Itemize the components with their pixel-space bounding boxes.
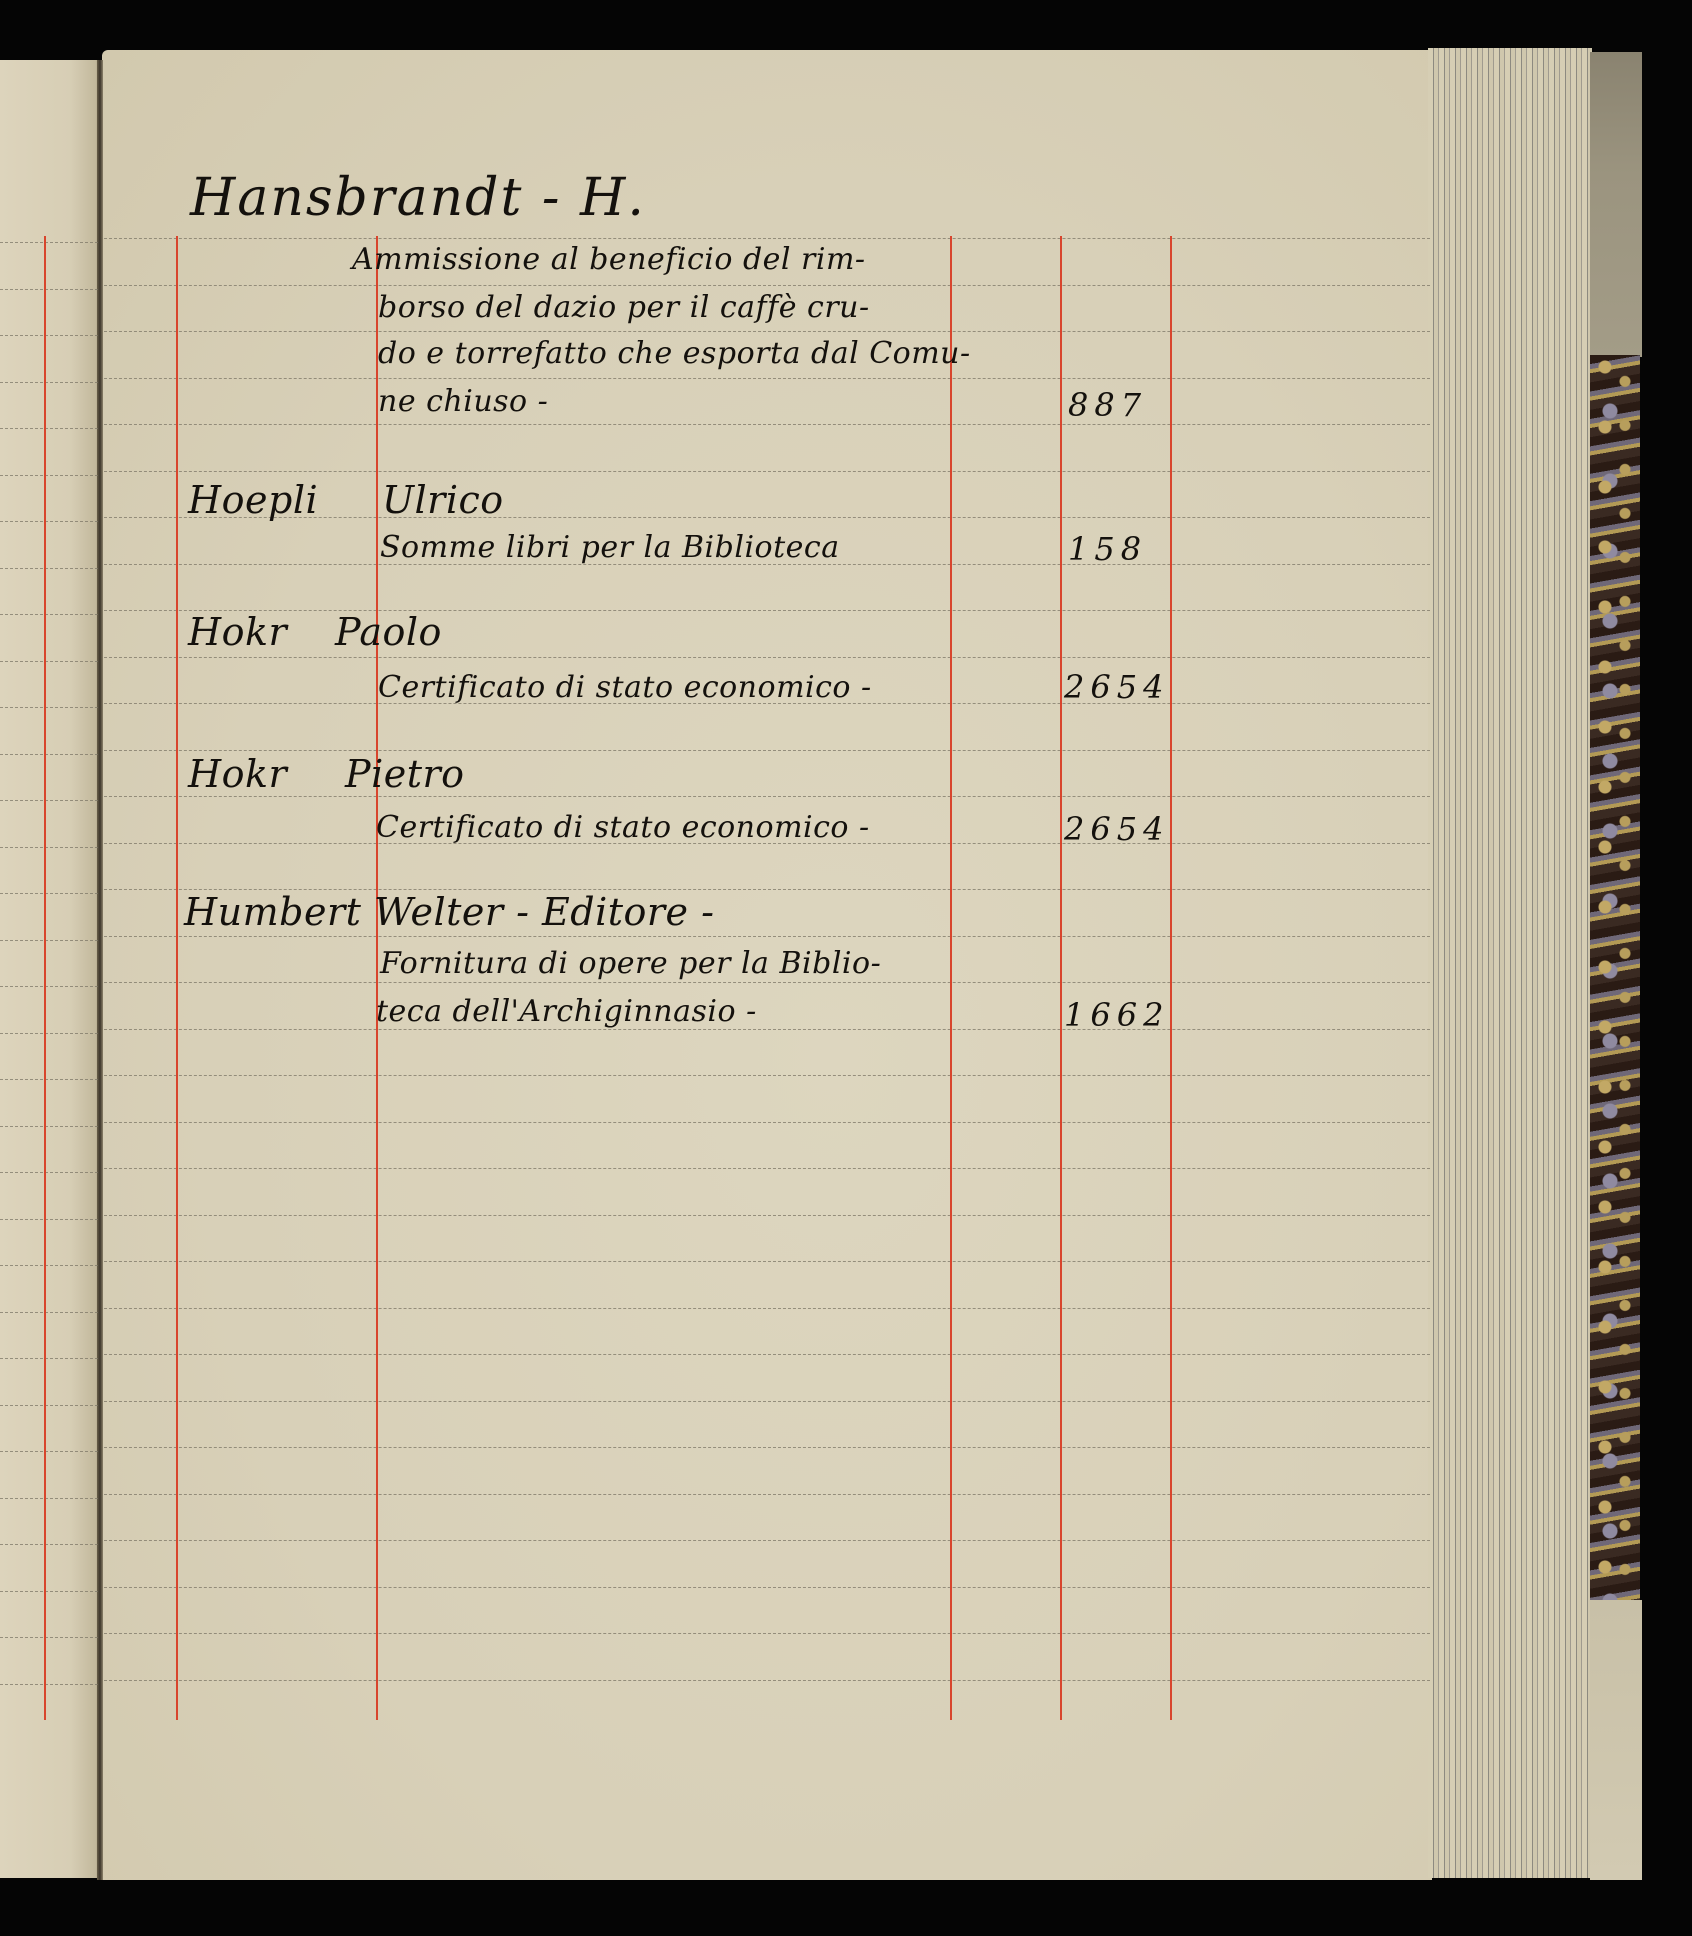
ruled-line bbox=[0, 1544, 98, 1545]
ruled-line bbox=[0, 1172, 98, 1173]
amount-right-rule bbox=[1170, 236, 1172, 1720]
ruled-line bbox=[104, 1540, 1430, 1541]
entry-description-line: Certificato di stato economico - bbox=[376, 810, 870, 845]
ruled-line bbox=[104, 285, 1430, 286]
ruled-line bbox=[0, 1498, 98, 1499]
entry-name: Hokr bbox=[188, 752, 287, 796]
ruled-line bbox=[104, 471, 1430, 472]
entry-reference-number: 158 bbox=[1068, 530, 1147, 568]
entry-given-name: Paolo bbox=[335, 610, 442, 654]
reference-left-rule bbox=[950, 236, 952, 1720]
ruled-line bbox=[0, 986, 98, 987]
ruled-line bbox=[0, 335, 98, 336]
ruled-line bbox=[0, 521, 98, 522]
entry-description-line: teca dell'Archiginnasio - bbox=[376, 994, 757, 1029]
entry-name: Hoepli bbox=[188, 478, 318, 522]
ruled-line bbox=[104, 1494, 1430, 1495]
ruled-line bbox=[104, 1122, 1430, 1123]
ruled-line bbox=[0, 1079, 98, 1080]
ruled-line bbox=[104, 1587, 1430, 1588]
entry-reference-number: 887 bbox=[1068, 386, 1147, 424]
marbled-cover-spine bbox=[1590, 355, 1640, 1600]
ruled-line bbox=[104, 750, 1430, 751]
left-page-red-rule bbox=[44, 236, 46, 1720]
book-gutter bbox=[97, 60, 103, 1880]
ruled-line bbox=[104, 1633, 1430, 1634]
entry-description-line: Somme libri per la Biblioteca bbox=[380, 530, 840, 565]
ruled-line bbox=[0, 475, 98, 476]
ruled-line bbox=[104, 982, 1430, 983]
ruled-line bbox=[0, 1684, 98, 1685]
entry-description-line: Certificato di stato economico - bbox=[378, 670, 872, 705]
entry-reference-number: 1662 bbox=[1064, 996, 1169, 1034]
page-edges-stack bbox=[1428, 48, 1592, 1878]
ruled-line bbox=[104, 1308, 1430, 1309]
entry-reference-number: 2654 bbox=[1064, 668, 1169, 706]
ruled-line bbox=[104, 378, 1430, 379]
ruled-line bbox=[0, 614, 98, 615]
ruled-line bbox=[104, 796, 1430, 797]
ruled-line bbox=[0, 289, 98, 290]
name-column-rule bbox=[176, 236, 178, 1720]
ruled-line bbox=[104, 1447, 1430, 1448]
entry-name: Hokr bbox=[188, 610, 287, 654]
ruled-line bbox=[0, 800, 98, 801]
entry-given-name: Pietro bbox=[345, 752, 465, 796]
entry-reference-number: 2654 bbox=[1064, 810, 1169, 848]
ruled-line bbox=[0, 940, 98, 941]
ruled-line bbox=[104, 1215, 1430, 1216]
ruled-line bbox=[0, 847, 98, 848]
ruled-line bbox=[104, 936, 1430, 937]
cover-corner-bottom bbox=[1590, 1600, 1642, 1880]
ruled-line bbox=[104, 610, 1430, 611]
reference-right-rule bbox=[1060, 236, 1062, 1720]
ruled-line bbox=[0, 1451, 98, 1452]
ruled-line bbox=[0, 568, 98, 569]
entry-description-line: Ammissione al beneficio del rim- bbox=[352, 242, 866, 277]
ruled-line bbox=[0, 1126, 98, 1127]
entry-description-line: do e torrefatto che esporta dal Comu- bbox=[378, 336, 971, 371]
entry-description-line: Fornitura di opere per la Biblio- bbox=[380, 946, 881, 981]
ruled-line bbox=[0, 1033, 98, 1034]
ruled-line bbox=[104, 424, 1430, 425]
ruled-line bbox=[0, 1637, 98, 1638]
entry-name: Hansbrandt - H. bbox=[190, 168, 646, 228]
ruled-line bbox=[104, 1680, 1430, 1681]
description-column-rule bbox=[376, 236, 378, 1720]
ruled-line bbox=[0, 382, 98, 383]
ruled-line bbox=[104, 657, 1430, 658]
ruled-line bbox=[104, 238, 1430, 239]
ruled-line bbox=[0, 1265, 98, 1266]
ruled-line bbox=[0, 1405, 98, 1406]
ruled-line bbox=[0, 1591, 98, 1592]
left-page bbox=[0, 60, 100, 1878]
ruled-line bbox=[104, 1401, 1430, 1402]
ruled-line bbox=[104, 1029, 1430, 1030]
ruled-line bbox=[0, 1219, 98, 1220]
ruled-line bbox=[0, 754, 98, 755]
ruled-line bbox=[0, 428, 98, 429]
ruled-line bbox=[0, 1312, 98, 1313]
ruled-line bbox=[104, 1261, 1430, 1262]
ruled-line bbox=[104, 331, 1430, 332]
entry-given-name: Ulrico bbox=[382, 478, 504, 522]
ruled-line bbox=[104, 1168, 1430, 1169]
ruled-line bbox=[0, 242, 98, 243]
entry-given-name: Welter - Editore - bbox=[374, 890, 714, 934]
ruled-line bbox=[0, 661, 98, 662]
ruled-line bbox=[0, 707, 98, 708]
entry-description-line: ne chiuso - bbox=[378, 384, 548, 419]
entry-description-line: borso del dazio per il caffè cru- bbox=[378, 290, 870, 325]
ruled-line bbox=[104, 1354, 1430, 1355]
ruled-line bbox=[104, 1075, 1430, 1076]
ruled-line bbox=[0, 1358, 98, 1359]
ruled-line bbox=[0, 893, 98, 894]
entry-name: Humbert bbox=[184, 890, 361, 934]
cover-corner-top bbox=[1590, 52, 1642, 357]
